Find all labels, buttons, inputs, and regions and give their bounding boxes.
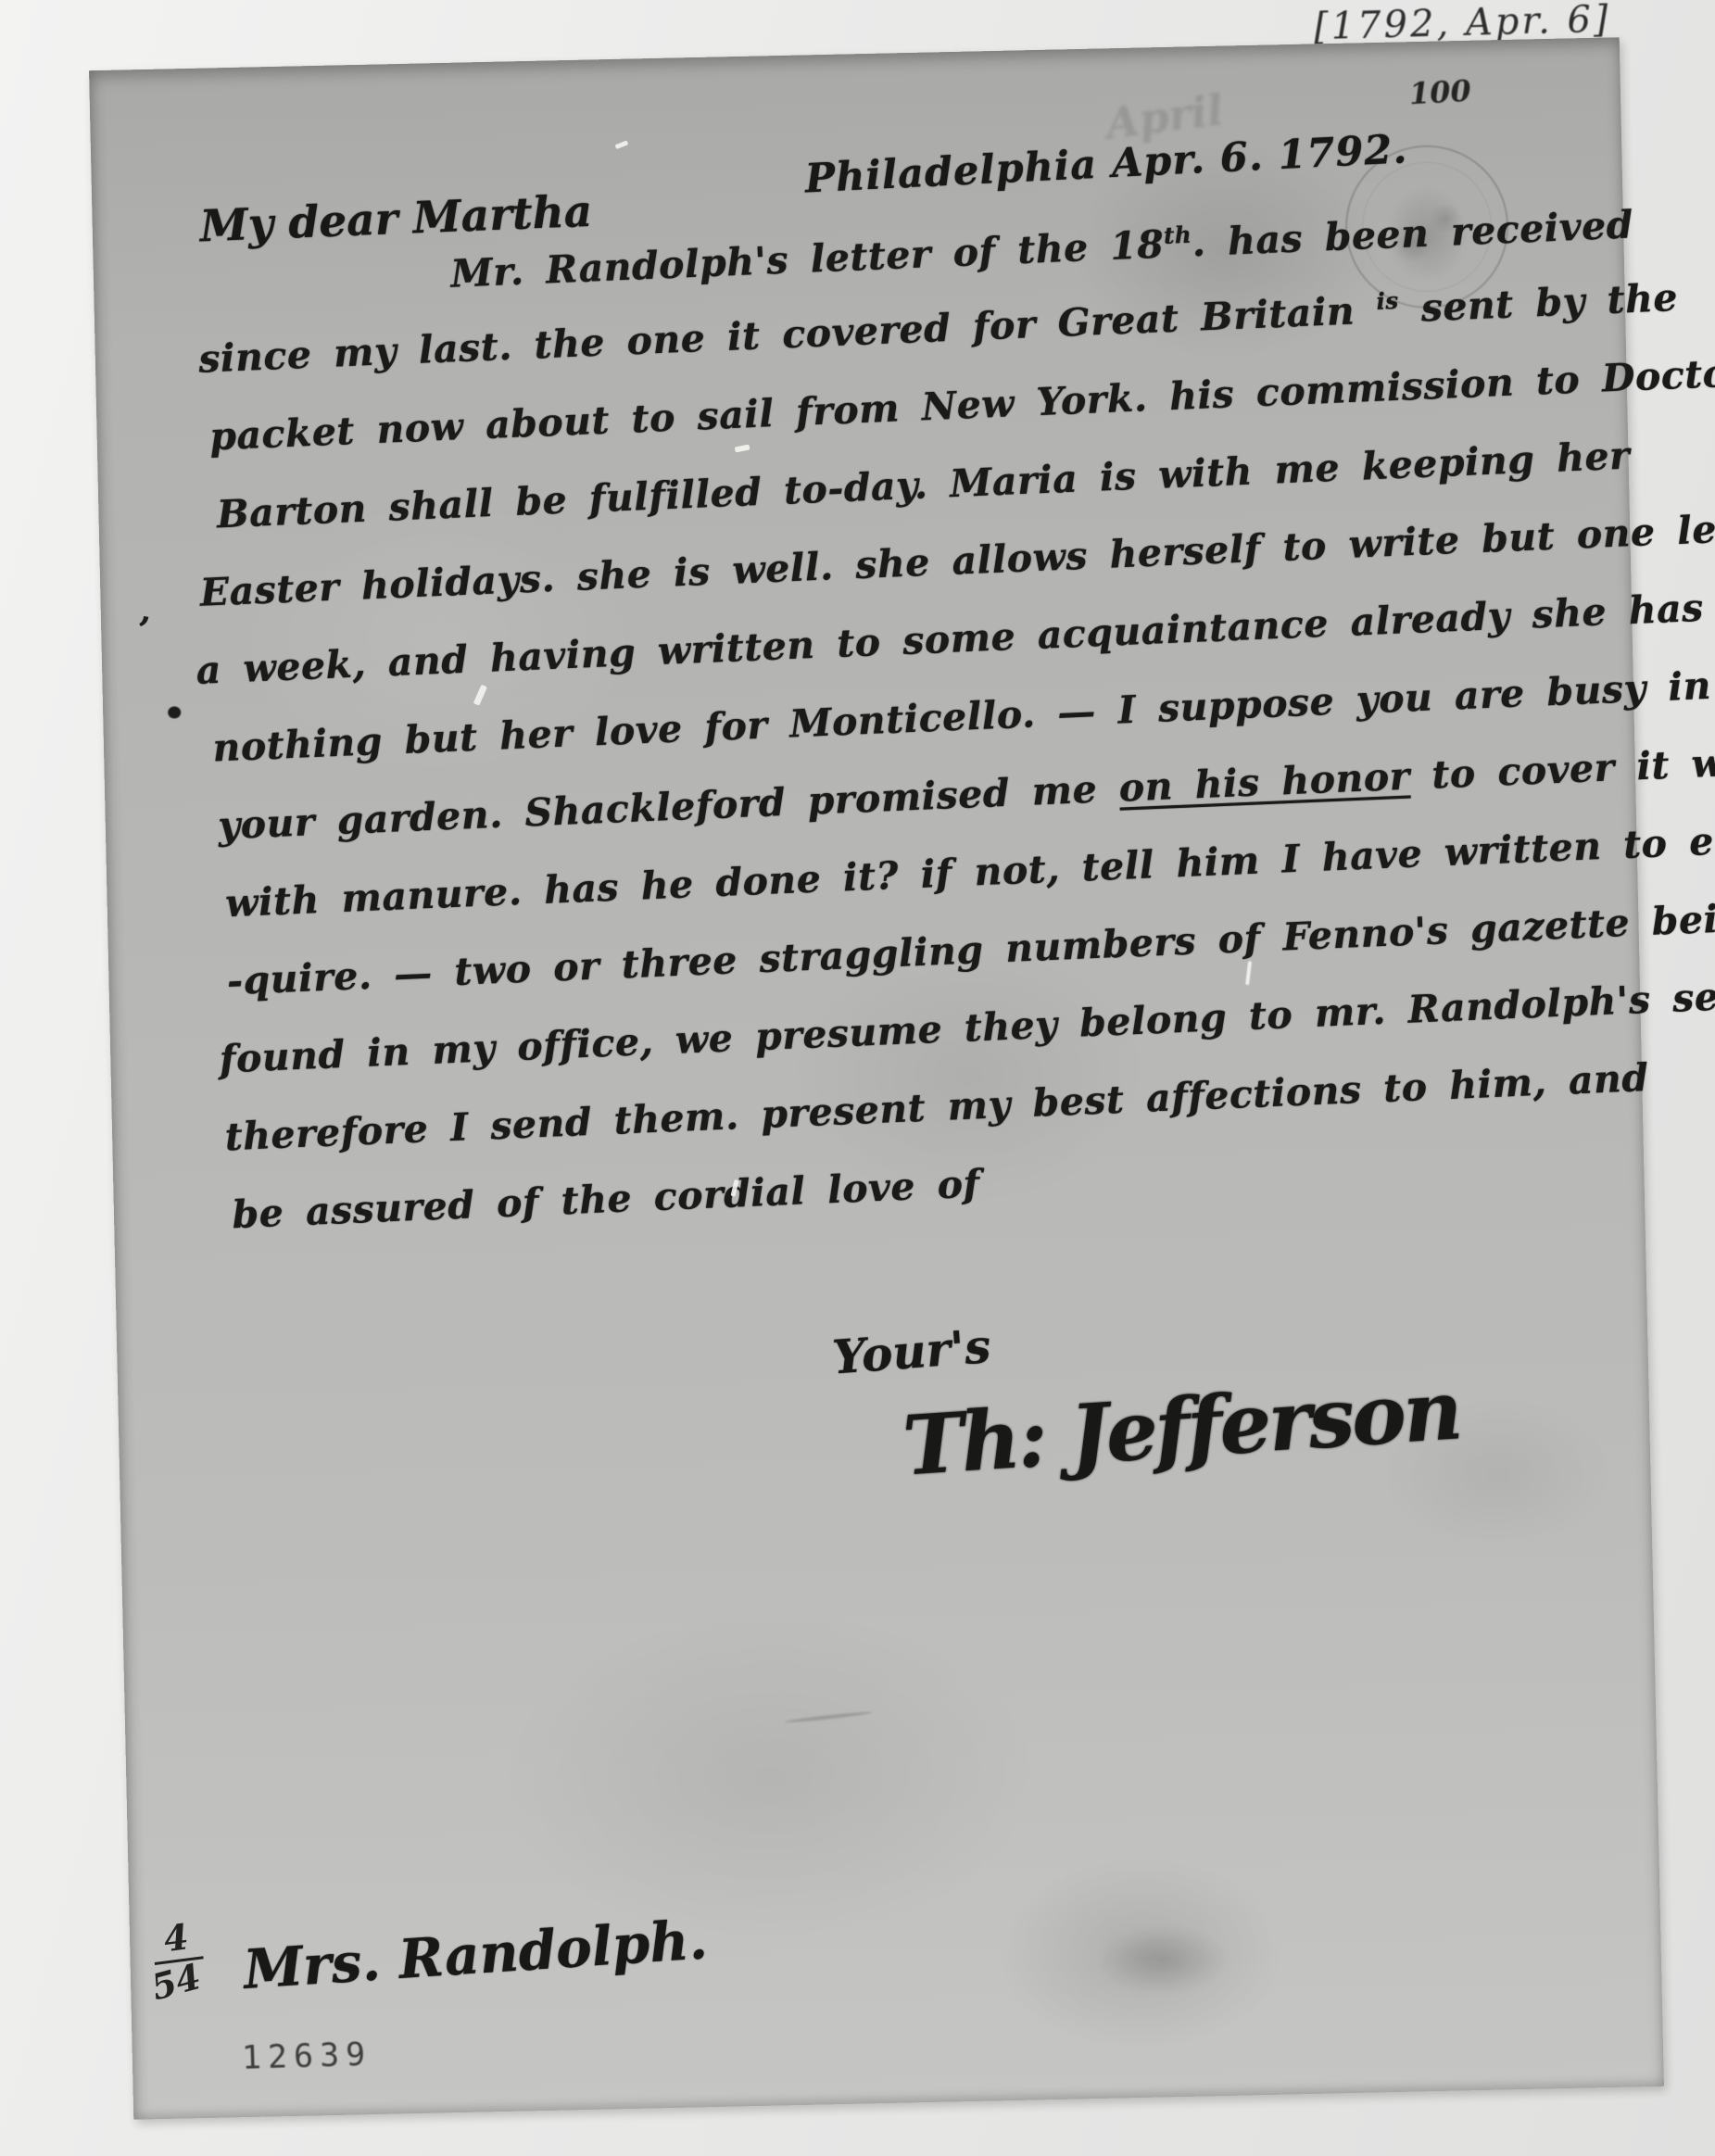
paper-fleck	[473, 685, 487, 706]
line-text: . has been received	[1192, 202, 1634, 265]
line-text: to cover it well	[1409, 738, 1715, 799]
signature: Th: Jefferson	[901, 1361, 1463, 1494]
scanned-letter-page: { "annotations": { "pencil_date_note": "…	[0, 0, 1715, 2156]
paper-fleck	[615, 140, 629, 149]
archival-number-numerator: 4	[149, 1916, 203, 1965]
inserted-word: is	[1376, 287, 1399, 315]
page-number: 100	[1408, 73, 1472, 112]
faint-ink-mark	[785, 1710, 873, 1723]
line-text: since my last. the one it covered for Gr…	[197, 288, 1377, 382]
dateline: Philadelphia Apr. 6. 1792.	[804, 126, 1409, 202]
underlined-phrase: on his honor	[1118, 754, 1411, 811]
paper-smudge	[1075, 1911, 1253, 2008]
superscript-text: th	[1163, 221, 1192, 249]
archival-number: 4 54	[149, 1916, 208, 2004]
line-text: your garden. Shackleford promised me	[217, 766, 1119, 849]
collection-item-number: 12639	[241, 2036, 372, 2077]
letter-sheet: 100 April My dear Martha Philadelphia Ap…	[89, 37, 1664, 2120]
salutation: My dear Martha	[199, 186, 593, 253]
letter-line: be assured of the cordial love of	[232, 1161, 981, 1237]
paper-fleck	[1245, 961, 1252, 985]
ink-mark	[168, 706, 181, 718]
paper-fleck	[735, 444, 750, 452]
addressee: Mrs. Randolph.	[242, 1908, 710, 2001]
ink-mark: ’	[133, 608, 153, 653]
closing: Your's	[830, 1318, 992, 1385]
